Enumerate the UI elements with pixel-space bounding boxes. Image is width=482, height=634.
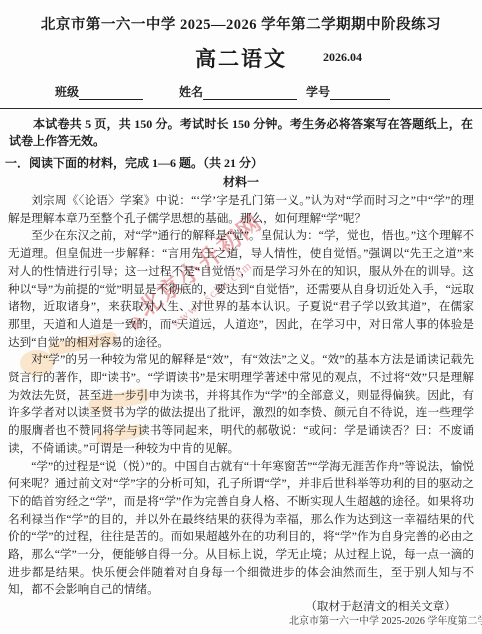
class-blank-field [79,87,143,100]
subject-title: 高二语文 [0,43,482,73]
material-paragraph: 对“学”的另一种较为常见的解释是“效”，有“效法”之义。“效”的基本方法是诵读记… [8,351,474,457]
section-one-heading: 一．阅读下面的材料，完成 1—6 题。（共 21 分） [5,155,473,172]
header-divider [0,108,482,109]
class-label: 班级 [55,85,79,99]
material-one-title: 材料一 [0,174,482,190]
student-info-row: 班级姓名学号 [55,83,482,100]
material-one-body: 刘宗周《〈论语〉学案》中说：“‘学’字是孔门第一义。”认为对“学而时习之”中“学… [8,192,474,599]
material-paragraph: 至少在东汉之前，对“学”通行的解释是“觉”。皇侃认为：“学，觉也，悟也。”这个理… [8,227,474,351]
exam-notice: 本试卷共 5 页，共 150 分。考试时长 150 分钟。考生务必将答案写在答题… [9,116,473,150]
exam-date: 2026.04 [323,50,362,65]
title-row: 高二语文 2026.04 [0,43,482,69]
name-label: 姓名 [179,85,203,99]
exam-header-school-line: 北京市第一六一中学 2025—2026 学年第二学期期中阶段练习 [0,0,482,34]
exam-paper-page: »北京小升初网 www.xschu.com 北京市第一六一中学 2025—202… [0,0,482,634]
name-blank-field [203,87,297,100]
material-paragraph: “学”的过程是“说（悦）”的。中国自古就有“十年寒窗苦”“学海无涯苦作舟”等说法… [8,458,474,600]
student-id-blank-field [330,87,390,100]
student-id-label: 学号 [306,85,330,99]
page-footer-text: 北京市第一六一中学 2025-2026 学年度第二学 [289,612,482,627]
material-paragraph: 刘宗周《〈论语〉学案》中说：“‘学’字是孔门第一义。”认为对“学而时习之”中“学… [8,192,474,227]
